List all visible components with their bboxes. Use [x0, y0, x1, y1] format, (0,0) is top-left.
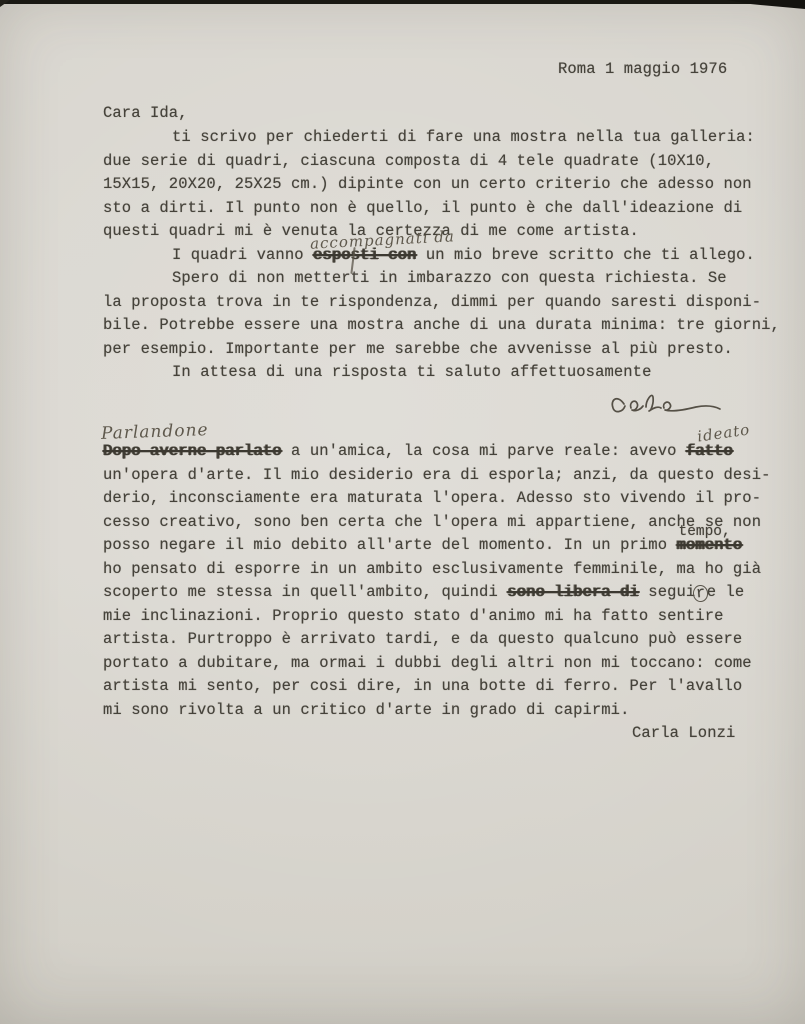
letter-date: Roma 1 maggio 1976 [558, 58, 727, 82]
letter-line: Dopo averne parlato a un'amica, la cosa … [103, 440, 771, 464]
letter-line: Spero di non metterti in imbarazzo con q… [103, 267, 771, 291]
letter-line: un'opera d'arte. Il mio desiderio era di… [103, 464, 771, 488]
letter-line: bile. Potrebbe essere una mostra anche d… [103, 314, 771, 338]
letter-line: portato a dubitare, ma ormai i dubbi deg… [103, 652, 771, 676]
letter-line: mie inclinazioni. Proprio questo stato d… [103, 605, 771, 629]
letter-line: scoperto me stessa in quell'ambito, quin… [103, 581, 771, 605]
letter-line: artista. Purtroppo è arrivato tardi, e d… [103, 628, 771, 652]
letter-paragraph-2: Dopo averne parlato a un'amica, la cosa … [103, 440, 771, 722]
scan-edge-corner-right [727, 0, 805, 9]
letter-line: 15X15, 20X20, 25X25 cm.) dipinte con un … [103, 173, 771, 197]
scan-edge-top [0, 0, 805, 4]
letter-line: In attesa di una risposta ti saluto affe… [103, 361, 771, 385]
letter-line: cesso creativo, sono ben certa che l'ope… [103, 511, 771, 535]
letter-line: I quadri vanno esposti con un mio breve … [103, 244, 771, 268]
letter-page: Roma 1 maggio 1976 Cara Ida, ti scrivo p… [0, 0, 805, 1024]
letter-line: ti scrivo per chiederti di fare una most… [103, 126, 771, 150]
letter-line: mi sono rivolta a un critico d'arte in g… [103, 699, 771, 723]
letter-paragraph-1: ti scrivo per chiederti di fare una most… [103, 126, 771, 385]
letter-line: posso negare il mio debito all'arte del … [103, 534, 771, 558]
letter-line: derio, inconsciamente era maturata l'ope… [103, 487, 771, 511]
letter-line: ho pensato di esporre in un ambito esclu… [103, 558, 771, 582]
letter-salutation: Cara Ida, [103, 102, 188, 126]
letter-line: due serie di quadri, ciascuna composta d… [103, 150, 771, 174]
letter-line: la proposta trova in te rispondenza, dim… [103, 291, 771, 315]
letter-line: per esempio. Importante per me sarebbe c… [103, 338, 771, 362]
handwritten-annotation: Parlandone [101, 420, 209, 444]
typed-signature: Carla Lonzi [632, 722, 735, 746]
letter-line: artista mi sento, per cosi dire, in una … [103, 675, 771, 699]
signature-carla-icon [606, 384, 726, 430]
letter-line: sto a dirti. Il punto non è quello, il p… [103, 197, 771, 221]
